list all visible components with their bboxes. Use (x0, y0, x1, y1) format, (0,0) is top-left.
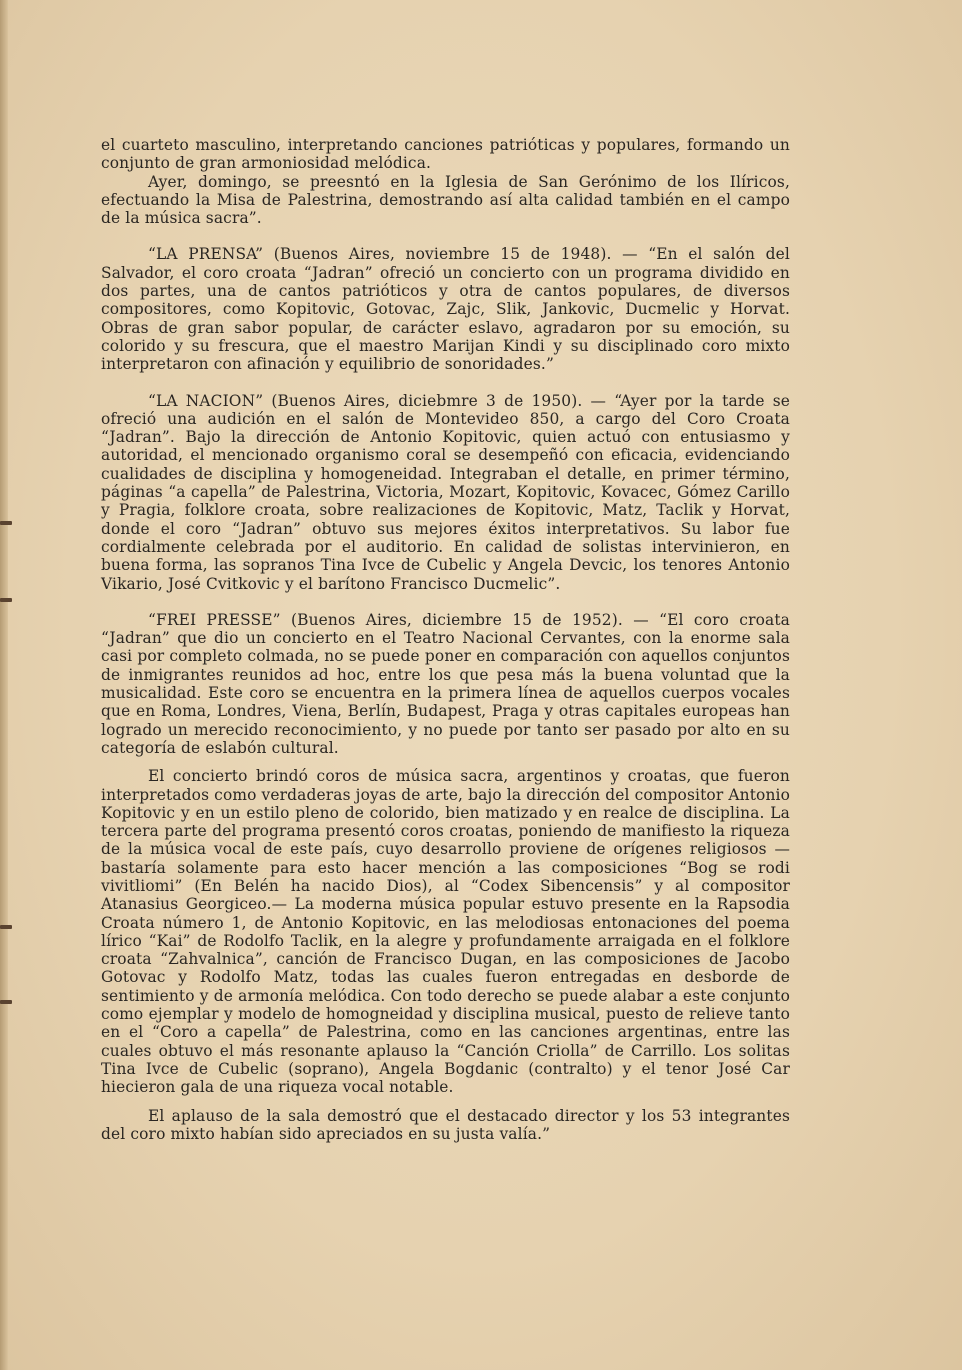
binding-stitch (0, 598, 12, 602)
paragraph-closing: El aplauso de la sala demostró que el de… (101, 1107, 790, 1144)
document-body: el cuarteto masculino, interpretando can… (101, 136, 790, 1143)
binding-stitch (0, 1000, 12, 1004)
paragraph-continuation: el cuarteto masculino, interpretando can… (101, 136, 790, 173)
review-la-nacion: “LA NACION” (Buenos Aires, diciebmre 3 d… (101, 392, 790, 593)
review-frei-presse: “FREI PRESSE” (Buenos Aires, diciembre 1… (101, 611, 790, 757)
paragraph-concert-program: El concierto brindó coros de música sacr… (101, 767, 790, 1096)
binding-stitch (0, 925, 12, 929)
binding-spine (0, 0, 8, 1370)
scanned-page: el cuarteto masculino, interpretando can… (0, 0, 962, 1370)
binding-stitch (0, 521, 12, 525)
paragraph-sacred-music: Ayer, domingo, se preesntó en la Iglesia… (101, 173, 790, 228)
review-la-prensa: “LA PRENSA” (Buenos Aires, noviembre 15 … (101, 245, 790, 373)
